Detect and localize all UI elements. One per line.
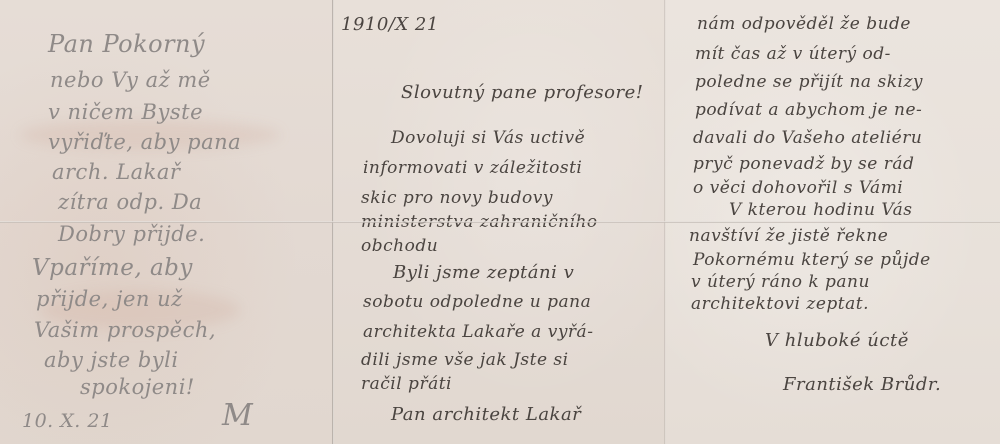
ink-line: dili jsme vše jak Jste si	[361, 350, 569, 370]
closing: V hluboké úctě	[765, 330, 909, 351]
pencil-line: přijde, jen už	[36, 287, 183, 311]
pencil-line: nebo Vy až mě	[50, 68, 211, 92]
ink-line: poledne se přijít na skizy	[695, 72, 923, 92]
ink-line: obchodu	[361, 236, 438, 256]
ink-line: skic pro novy budovy	[361, 188, 553, 208]
pencil-line: Vpaříme, aby	[32, 255, 193, 281]
ink-line: Dovoluji si Vás uctivě	[391, 128, 585, 148]
ink-line: Pokornému který se půjde	[693, 250, 931, 270]
ink-line: Byli jsme zeptáni v	[393, 262, 574, 283]
ink-line: pryč ponevadž by se rád	[693, 154, 914, 174]
pencil-initials: M	[222, 398, 253, 433]
pencil-line: zítra odp. Da	[58, 190, 202, 214]
horizontal-fold	[0, 221, 1000, 223]
pencil-line: Vašim prospěch,	[34, 318, 216, 342]
ink-line: podívat a abychom je ne-	[695, 100, 922, 120]
pencil-line: aby jste byli	[44, 348, 179, 372]
ink-line: v úterý ráno k panu	[691, 272, 870, 292]
ink-line: sobotu odpoledne u pana	[363, 292, 591, 312]
salutation: Slovutný pane profesore!	[401, 82, 643, 103]
ink-line: račil přáti	[361, 374, 452, 394]
pencil-line: spokojeni!	[80, 375, 195, 399]
ink-line: Pan architekt Lakař	[391, 404, 581, 425]
pencil-line: vyřiďte, aby pana	[48, 130, 241, 154]
ink-line: architektovi zeptat.	[691, 294, 869, 314]
pencil-line: v ničem Byste	[48, 100, 203, 124]
pencil-line: arch. Lakař	[52, 160, 180, 184]
pencil-date: 10. X. 21	[22, 410, 113, 432]
pencil-line: Pan Pokorný	[48, 30, 205, 58]
ink-line: nám odpověděl že bude	[697, 14, 911, 34]
ink-line: navštíví že jistě řekne	[689, 226, 888, 246]
pencil-line: Dobry přijde.	[58, 222, 205, 246]
ink-line: architekta Lakaře a vyřá-	[363, 322, 593, 342]
ink-line: V kterou hodinu Vás	[729, 200, 912, 220]
ink-line: mít čas až v úterý od-	[695, 44, 891, 64]
letter-date: 1910/X 21	[341, 14, 439, 35]
ink-line: davali do Vašeho ateliéru	[693, 128, 922, 148]
ink-line: informovati v záležitosti	[363, 158, 582, 178]
letter-scan: Pan Pokorný nebo Vy až mě v ničem Byste …	[0, 0, 1000, 444]
ink-line: o věci dohovořil s Vámi	[693, 178, 903, 198]
signature: František Brůdr.	[783, 374, 941, 395]
